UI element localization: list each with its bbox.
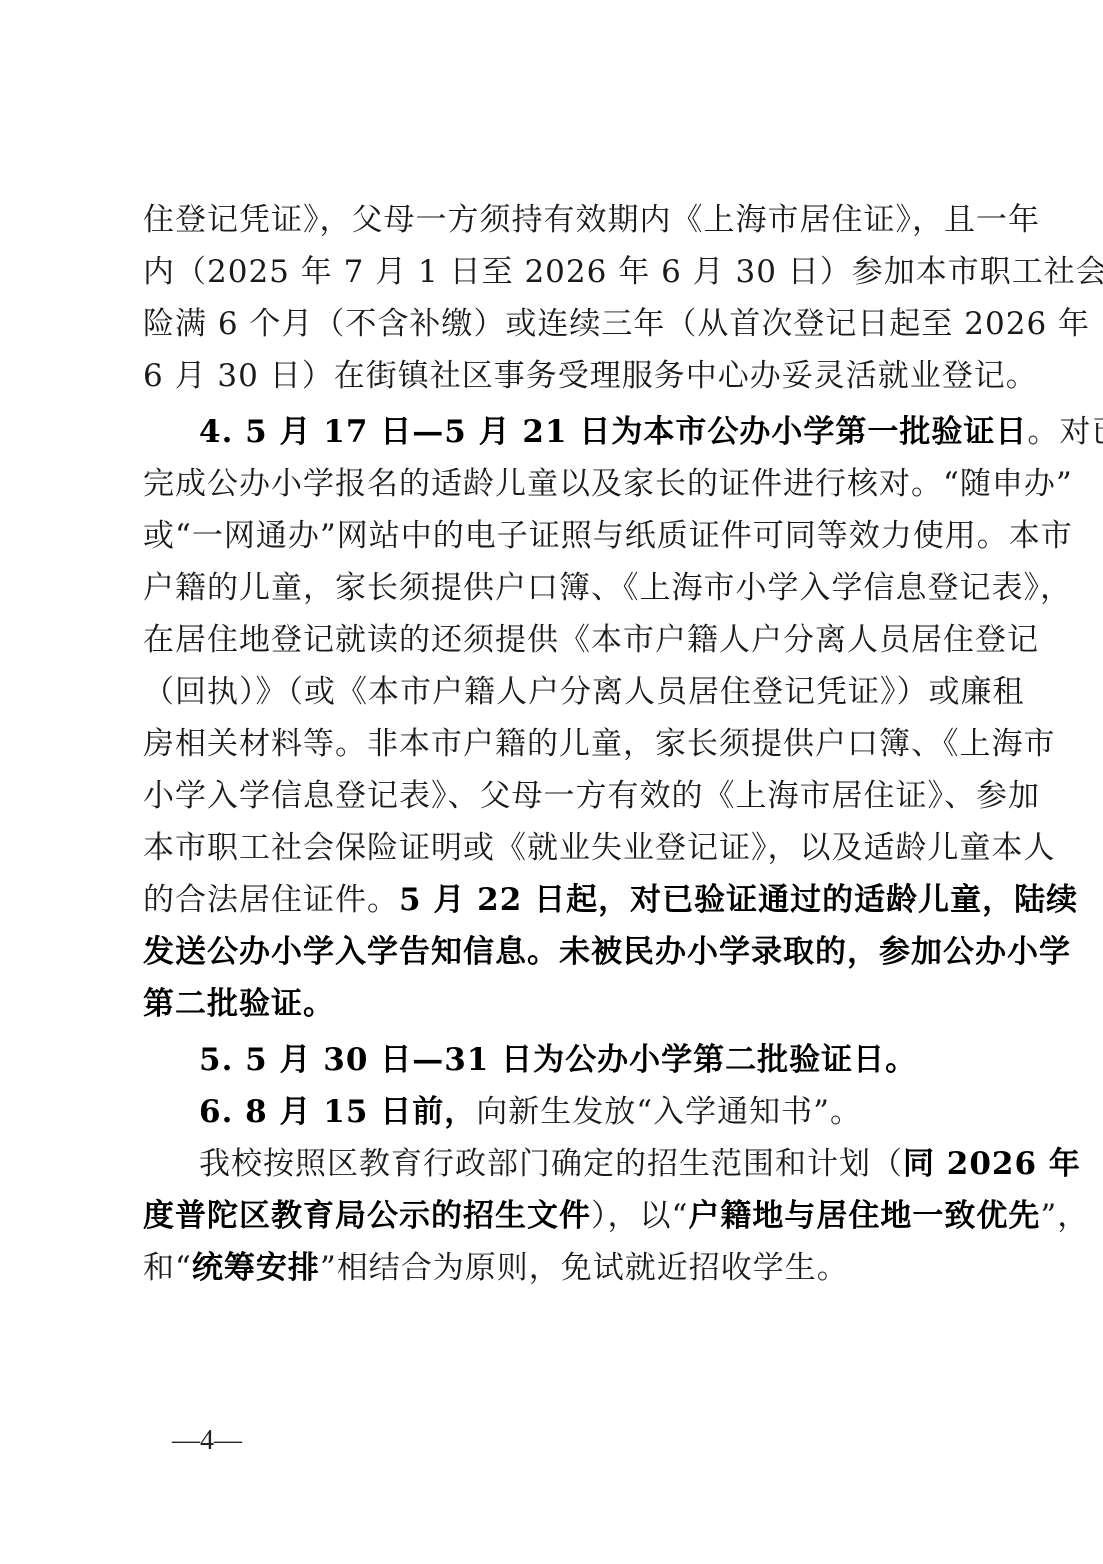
- text-line: 住登记凭证》，父母一方须持有效期内《上海市居住证》，且一年: [143, 198, 976, 242]
- text-line: 房相关材料等。非本市户籍的儿童，家长须提供户口簿、《上海市: [143, 722, 976, 766]
- text-segment: 内（2025 年 7 月 1 日至 2026 年 6 月 30 日）参加本市职工…: [143, 254, 1103, 290]
- text-line: 小学入学信息登记表》、父母一方有效的《上海市居住证》、参加: [143, 774, 976, 818]
- bold-text: 户籍地与居住地一致优先: [688, 1198, 1040, 1234]
- text-segment: 和“: [143, 1250, 192, 1286]
- text-segment: 的合法居住证件。: [143, 882, 399, 918]
- bold-text: 6. 8 月 15 日前，: [199, 1094, 476, 1130]
- text-line: 户籍的儿童，家长须提供户口簿、《上海市小学入学信息登记表》，: [143, 566, 976, 610]
- text-line: 我校按照区教育行政部门确定的招生范围和计划（同 2026 年: [199, 1142, 976, 1186]
- text-line: 发送公办小学入学告知信息。未被民办小学录取的，参加公办小学: [143, 930, 976, 974]
- text-segment: 在居住地登记就读的还须提供《本市户籍人户分离人员居住登记: [143, 622, 1039, 658]
- page-number: —4—: [172, 1425, 242, 1457]
- text-line: 险满 6 个月（不含补缴）或连续三年（从首次登记日起至 2026 年: [143, 302, 976, 346]
- text-segment: 小学入学信息登记表》、父母一方有效的《上海市居住证》、参加: [143, 778, 1040, 814]
- text-segment: 6 月 30 日）在街镇社区事务受理服务中心办妥灵活就业登记。: [143, 358, 1038, 394]
- text-segment: 或“一网通办”网站中的电子证照与纸质证件可同等效力使用。本市: [143, 518, 1073, 554]
- text-line: 6. 8 月 15 日前，向新生发放“入学通知书”。: [199, 1090, 976, 1134]
- text-segment: 住登记凭证》，父母一方须持有效期内《上海市居住证》，且一年: [143, 202, 1040, 238]
- text-segment: 向新生发放“入学通知书”。: [476, 1094, 862, 1130]
- text-line: （回执）》（或《本市户籍人户分离人员居住登记凭证》）或廉租: [143, 670, 976, 714]
- text-line: 或“一网通办”网站中的电子证照与纸质证件可同等效力使用。本市: [143, 514, 976, 558]
- text-segment: 完成公办小学报名的适龄儿童以及家长的证件进行核对。“随申办”: [143, 466, 1073, 502]
- text-line: 6 月 30 日）在街镇社区事务受理服务中心办妥灵活就业登记。: [143, 354, 976, 398]
- text-line: 内（2025 年 7 月 1 日至 2026 年 6 月 30 日）参加本市职工…: [143, 250, 976, 294]
- bold-text: 度普陀区教育局公示的招生文件: [143, 1198, 591, 1234]
- text-line: 第二批验证。: [143, 982, 976, 1026]
- text-line: 的合法居住证件。5 月 22 日起，对已验证通过的适龄儿童，陆续: [143, 878, 976, 922]
- document-page: 住登记凭证》，父母一方须持有效期内《上海市居住证》，且一年内（2025 年 7 …: [0, 0, 1103, 1564]
- bold-text: 5 月 22 日起，对已验证通过的适龄儿童，陆续: [399, 882, 1078, 918]
- bold-text: 4. 5 月 17 日—5 月 21 日为本市公办小学第一批验证日: [199, 414, 1027, 450]
- bold-text: 统筹安排: [192, 1250, 320, 1286]
- text-segment: 。对已: [1027, 414, 1103, 450]
- text-line: 完成公办小学报名的适龄儿童以及家长的证件进行核对。“随申办”: [143, 462, 976, 506]
- text-line: 和“统筹安排”相结合为原则，免试就近招收学生。: [143, 1246, 976, 1290]
- bold-text: 5. 5 月 30 日—31 日为公办小学第二批验证日。: [199, 1042, 917, 1078]
- text-segment: 户籍的儿童，家长须提供户口簿、《上海市小学入学信息登记表》，: [143, 570, 1072, 606]
- text-line: 4. 5 月 17 日—5 月 21 日为本市公办小学第一批验证日。对已: [199, 410, 976, 454]
- bold-text: 第二批验证。: [143, 986, 335, 1022]
- bold-text: 发送公办小学入学告知信息。未被民办小学录取的，参加公办小学: [143, 934, 1071, 970]
- text-line: 度普陀区教育局公示的招生文件），以“户籍地与居住地一致优先”，: [143, 1194, 976, 1238]
- text-segment: ”相结合为原则，免试就近招收学生。: [320, 1250, 849, 1286]
- text-segment: （回执）》（或《本市户籍人户分离人员居住登记凭证》）或廉租: [143, 674, 1025, 710]
- text-line: 5. 5 月 30 日—31 日为公办小学第二批验证日。: [199, 1038, 976, 1082]
- text-line: 在居住地登记就读的还须提供《本市户籍人户分离人员居住登记: [143, 618, 976, 662]
- text-segment: 我校按照区教育行政部门确定的招生范围和计划（: [199, 1146, 903, 1182]
- text-segment: 房相关材料等。非本市户籍的儿童，家长须提供户口簿、《上海市: [143, 726, 1056, 762]
- text-line: 本市职工社会保险证明或《就业失业登记证》，以及适龄儿童本人: [143, 826, 976, 870]
- bold-text: 同 2026 年: [903, 1146, 1081, 1182]
- text-segment: 险满 6 个月（不含补缴）或连续三年（从首次登记日起至 2026 年: [143, 306, 1090, 342]
- text-segment: ”，: [1040, 1198, 1089, 1234]
- text-segment: ），以“: [591, 1198, 688, 1234]
- text-segment: 本市职工社会保险证明或《就业失业登记证》，以及适龄儿童本人: [143, 830, 1056, 866]
